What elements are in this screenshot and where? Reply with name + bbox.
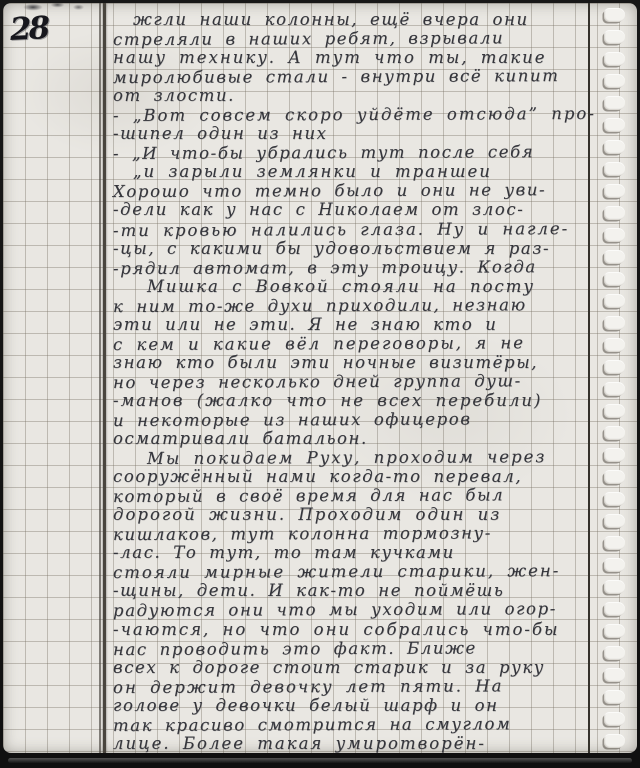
handwritten-line: - „И что-бы убрались тут после себя bbox=[113, 142, 597, 163]
perforation-hole bbox=[604, 690, 625, 704]
handwritten-line: -шипел один из них bbox=[113, 124, 597, 143]
page-number: 28 bbox=[9, 10, 48, 48]
handwritten-line: -цы, с какими бы удовольствием я раз- bbox=[113, 239, 597, 258]
perforation-hole bbox=[604, 30, 625, 44]
handwritten-line: он держит девочку лет пяти. На bbox=[113, 676, 597, 697]
handwritten-line: дорогой жизни. Проходим один из bbox=[113, 505, 597, 524]
perforation-hole bbox=[604, 558, 625, 572]
perforation-hole bbox=[604, 382, 625, 396]
perforation-hole bbox=[604, 646, 625, 660]
perforation-hole bbox=[604, 426, 625, 440]
perforation-hole bbox=[604, 624, 625, 638]
handwritten-line: жгли наши колонны, ещё вчера они bbox=[113, 10, 597, 29]
handwritten-line: с кем и какие вёл переговоры, я не bbox=[113, 333, 597, 354]
perforation-hole bbox=[604, 316, 625, 330]
handwritten-line: кишлаков, тут колонна тормозну- bbox=[113, 523, 597, 544]
perforation-hole bbox=[604, 162, 625, 176]
perforation-hole bbox=[604, 74, 625, 88]
handwritten-line: -лас. То тут, то там кучками bbox=[113, 543, 597, 562]
handwritten-line: всех к дороге стоит старик и за руку bbox=[113, 658, 597, 677]
handwritten-line: - „Вот совсем скоро уйдёте отсюда” про- bbox=[113, 104, 597, 125]
handwritten-line: нас проводить это факт. Ближе bbox=[113, 637, 597, 658]
perforation-hole bbox=[604, 580, 625, 594]
handwritten-line: сооружённый нами когда-то перевал, bbox=[113, 467, 597, 486]
handwritten-line: осматривали батальон. bbox=[113, 429, 597, 448]
handwritten-line: лице. Более такая умиротворён- bbox=[113, 734, 597, 753]
handwritten-line: -щины, дети. И как-то не поймёшь bbox=[113, 581, 597, 600]
squared-paper-page: 28 жгли наши колонны, ещё вчера они стре… bbox=[3, 3, 637, 753]
handwritten-line: который в своё время для нас был bbox=[113, 485, 597, 506]
perforation-hole bbox=[604, 96, 625, 110]
perforation-strip bbox=[604, 8, 630, 748]
handwritten-line: но через несколько дней группа душ- bbox=[113, 371, 597, 392]
handwritten-line: Мишка с Вовкой стояли на посту bbox=[113, 277, 597, 296]
handwritten-line: стреляли в наших ребят, взрывали bbox=[113, 28, 597, 49]
perforation-hole bbox=[604, 52, 625, 66]
perforation-hole bbox=[604, 734, 625, 748]
handwritten-line: -рядил автомат, в эту троицу. Когда bbox=[113, 257, 597, 278]
perforation-hole bbox=[604, 272, 625, 286]
handwritten-line: Хорошо что темно было и они не уви- bbox=[113, 180, 597, 201]
perforation-hole bbox=[604, 404, 625, 418]
handwritten-line: знаю кто были эти ночные визитёры, bbox=[113, 353, 597, 372]
perforation-hole bbox=[604, 338, 625, 352]
handwritten-line: радуются они что мы уходим или огор- bbox=[113, 599, 597, 620]
handwritten-line: -дели как у нас с Николаем от злос- bbox=[113, 200, 597, 219]
perforation-hole bbox=[604, 536, 625, 550]
handwritten-line: стояли мирные жители старики, жен- bbox=[113, 561, 597, 582]
perforation-hole bbox=[604, 448, 625, 462]
handwritten-line: Мы покидаем Руху, проходим через bbox=[113, 447, 597, 468]
perforation-hole bbox=[604, 8, 625, 22]
perforation-hole bbox=[604, 668, 625, 682]
perforation-hole bbox=[604, 118, 625, 132]
perforation-hole bbox=[604, 514, 625, 528]
handwritten-line: нашу технику. А тут что ты, такие bbox=[113, 48, 597, 67]
left-margin-line bbox=[103, 3, 106, 753]
handwritten-text-block: жгли наши колонны, ещё вчера они стрелял… bbox=[113, 10, 597, 753]
perforation-hole bbox=[604, 712, 625, 726]
handwritten-line: и некоторые из наших офицеров bbox=[113, 409, 597, 430]
perforation-hole bbox=[604, 250, 625, 264]
perforation-hole bbox=[604, 294, 625, 308]
handwritten-line: голове у девочки белый шарф и он bbox=[113, 696, 597, 715]
handwritten-line: миролюбивые стали - внутри всё кипит bbox=[113, 66, 597, 87]
handwritten-line: -манов (жалко что не всех перебили) bbox=[113, 391, 597, 410]
perforation-hole bbox=[604, 184, 625, 198]
handwritten-line: от злости. bbox=[113, 86, 597, 105]
perforation-hole bbox=[604, 360, 625, 374]
left-margin-line-outer bbox=[99, 3, 101, 753]
perforation-hole bbox=[604, 602, 625, 616]
perforation-hole bbox=[604, 206, 625, 220]
handwritten-line: -чаются, но что они собрались что-бы bbox=[113, 620, 597, 639]
perforation-hole bbox=[604, 470, 625, 484]
handwritten-line: эти или не эти. Я не знаю кто и bbox=[113, 315, 597, 334]
perforation-hole bbox=[604, 228, 625, 242]
handwritten-line: -ти кровью налились глаза. Ну и нагле- bbox=[113, 218, 597, 239]
perforation-hole bbox=[604, 492, 625, 506]
handwritten-line: к ним то-же духи приходили, незнаю bbox=[113, 295, 597, 316]
handwritten-line: „и зарыли землянки и траншеи bbox=[113, 162, 597, 181]
perforation-hole bbox=[604, 140, 625, 154]
notebook-scan: 28 жгли наши колонны, ещё вчера они стре… bbox=[0, 0, 640, 768]
scan-bottom-edge bbox=[8, 758, 632, 763]
handwritten-line: так красиво смотрится на смуглом bbox=[113, 714, 597, 735]
